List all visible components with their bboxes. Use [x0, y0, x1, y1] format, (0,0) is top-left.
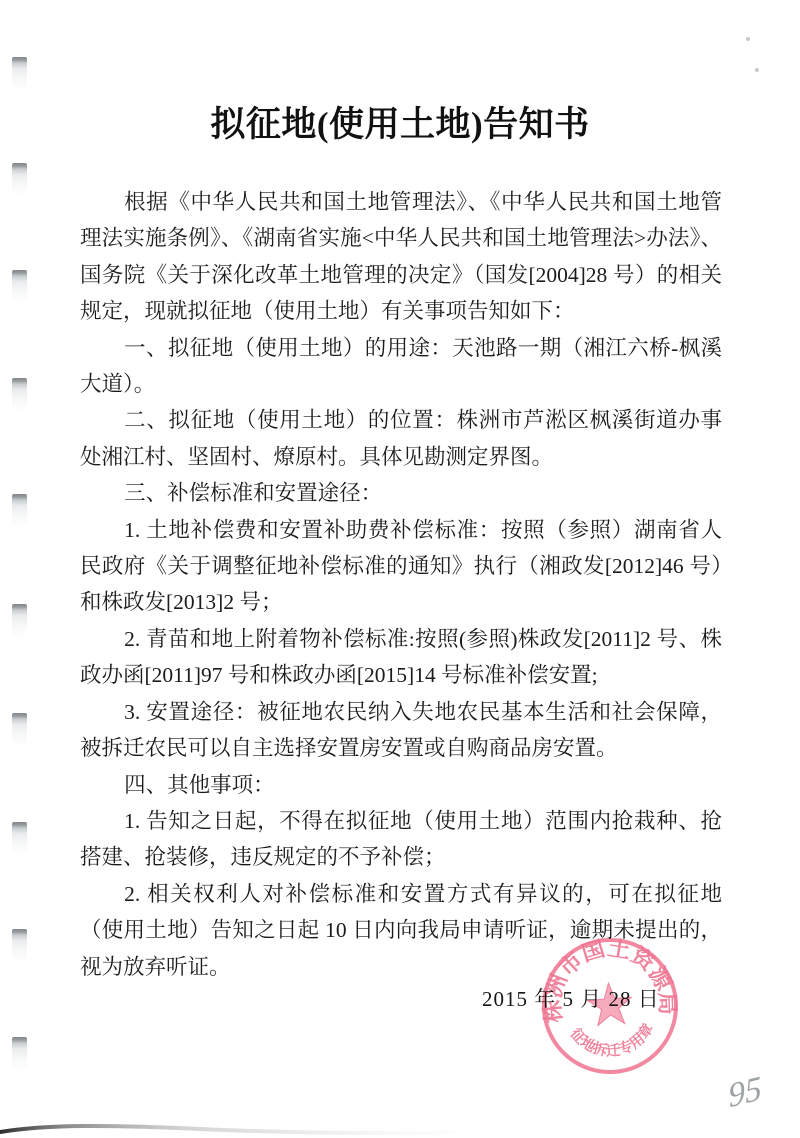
binding-mark — [12, 494, 27, 528]
handwritten-page-number: 95 — [727, 1070, 763, 1117]
paragraph-land-comp: 1. 土地补偿费和安置补助费补偿标准：按照（参照）湖南省人民政府《关于调整征地补… — [80, 512, 722, 621]
binding-mark — [12, 270, 27, 304]
page-curl-shadow — [0, 1118, 520, 1138]
binding-mark — [12, 378, 27, 412]
binding-mark — [12, 713, 27, 747]
heading-other: 四、其他事项： — [80, 767, 722, 803]
binding-mark — [12, 604, 27, 638]
paragraph-crop-comp: 2. 青苗和地上附着物补偿标准:按照(参照)株政发[2011]2 号、株政办函[… — [80, 621, 722, 694]
paragraph-purpose: 一、拟征地（使用土地）的用途：天池路一期（湘江六桥-枫溪大道）。 — [80, 330, 722, 403]
binding-mark — [12, 163, 27, 197]
paragraph-resettle: 3. 安置途径：被征地农民纳入失地农民基本生活和社会保障，被拆迁农民可以自主选择… — [80, 694, 722, 767]
paragraph-basis: 根据《中华人民共和国土地管理法》、《中华人民共和国土地管理法实施条例》、《湖南省… — [80, 184, 722, 330]
seal-label-text: 征地拆迁专用章 — [566, 1019, 659, 1063]
scanned-document-page: 拟征地(使用土地)告知书 根据《中华人民共和国土地管理法》、《中华人民共和国土地… — [0, 0, 800, 1138]
star-icon — [587, 982, 634, 1027]
scan-artifact-speck — [746, 37, 750, 41]
binding-mark — [12, 929, 27, 963]
binding-mark — [12, 822, 27, 856]
page-title: 拟征地(使用土地)告知书 — [0, 97, 800, 147]
paragraph-location: 二、拟征地（使用土地）的位置：株洲市芦淞区枫溪街道办事处湘江村、坚固村、燎原村。… — [80, 402, 722, 475]
heading-compensation: 三、补偿标准和安置途径： — [80, 475, 722, 511]
binding-mark — [12, 1037, 27, 1071]
binding-mark — [12, 57, 27, 91]
official-seal: 株洲市国土资源局 征地拆迁专用章 — [525, 921, 696, 1092]
scan-artifact-speck — [755, 68, 759, 72]
paragraph-no-rush: 1. 告知之日起，不得在拟征地（使用土地）范围内抢栽种、抢搭建、抢装修，违反规定… — [80, 803, 722, 876]
document-body: 根据《中华人民共和国土地管理法》、《中华人民共和国土地管理法实施条例》、《湖南省… — [80, 184, 722, 985]
